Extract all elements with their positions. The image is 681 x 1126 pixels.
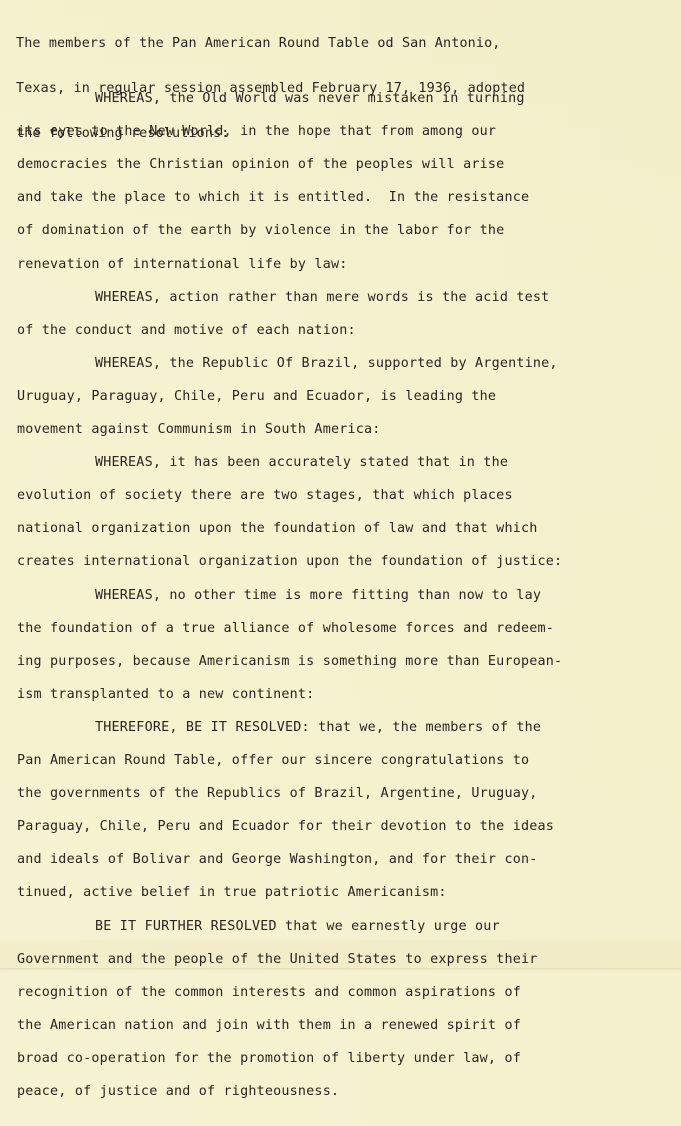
resolution-line: the foundation of a true alliance of who… [17,621,554,637]
resolution-line: the American nation and join with them i… [17,1018,521,1034]
resolution-line: movement against Communism in South Amer… [17,422,381,438]
resolution-line: creates international organization upon … [17,554,562,570]
resolution-line: ing purposes, because Americanism is som… [17,654,562,670]
resolution-line: of domination of the earth by violence i… [17,223,504,239]
resolution-line: peace, of justice and of righteousness. [17,1084,339,1100]
resolution-clause-start: WHEREAS, the Republic Of Brazil, support… [95,356,558,372]
typewritten-page: The members of the Pan American Round Ta… [0,0,681,1126]
resolution-line: recognition of the common interests and … [17,985,521,1001]
resolution-line: ism transplanted to a new continent: [17,687,314,703]
resolution-line: Government and the people of the United … [17,952,538,968]
resolution-line: Uruguay, Paraguay, Chile, Peru and Ecuad… [17,389,496,405]
resolution-line: national organization upon the foundatio… [17,521,538,537]
resolution-line: Paraguay, Chile, Peru and Ecuador for th… [17,819,554,835]
resolution-line: evolution of society there are two stage… [17,488,513,504]
preamble-line: The members of the Pan American Round Ta… [16,36,525,51]
resolution-clause-start: WHEREAS, it has been accurately stated t… [95,455,508,471]
resolution-line: Pan American Round Table, offer our sinc… [17,753,529,769]
resolution-line: renevation of international life by law: [17,257,347,273]
resolution-line: of the conduct and motive of each nation… [17,323,356,339]
resolution-line: tinued, active belief in true patriotic … [17,885,447,901]
resolution-clause-start: WHEREAS, no other time is more fitting t… [95,588,541,604]
preamble: The members of the Pan American Round Ta… [16,6,525,171]
resolution-line: broad co-operation for the promotion of … [17,1051,521,1067]
resolution-line: and take the place to which it is entitl… [17,190,529,206]
resolution-clause-start: WHEREAS, the Old World was never mistake… [95,91,525,107]
resolution-clause-start: THEREFORE, BE IT RESOLVED: that we, the … [95,720,541,736]
paper-fold-line [0,968,681,971]
resolution-line: democracies the Christian opinion of the… [17,157,504,173]
resolution-clause-start: WHEREAS, action rather than mere words i… [95,290,549,306]
resolution-clause-start: BE IT FURTHER RESOLVED that we earnestly… [95,919,500,935]
resolution-line: its eyes to the New World, in the hope t… [17,124,496,140]
resolution-line: the governments of the Republics of Braz… [17,786,538,802]
resolution-line: and ideals of Bolivar and George Washing… [17,852,538,868]
